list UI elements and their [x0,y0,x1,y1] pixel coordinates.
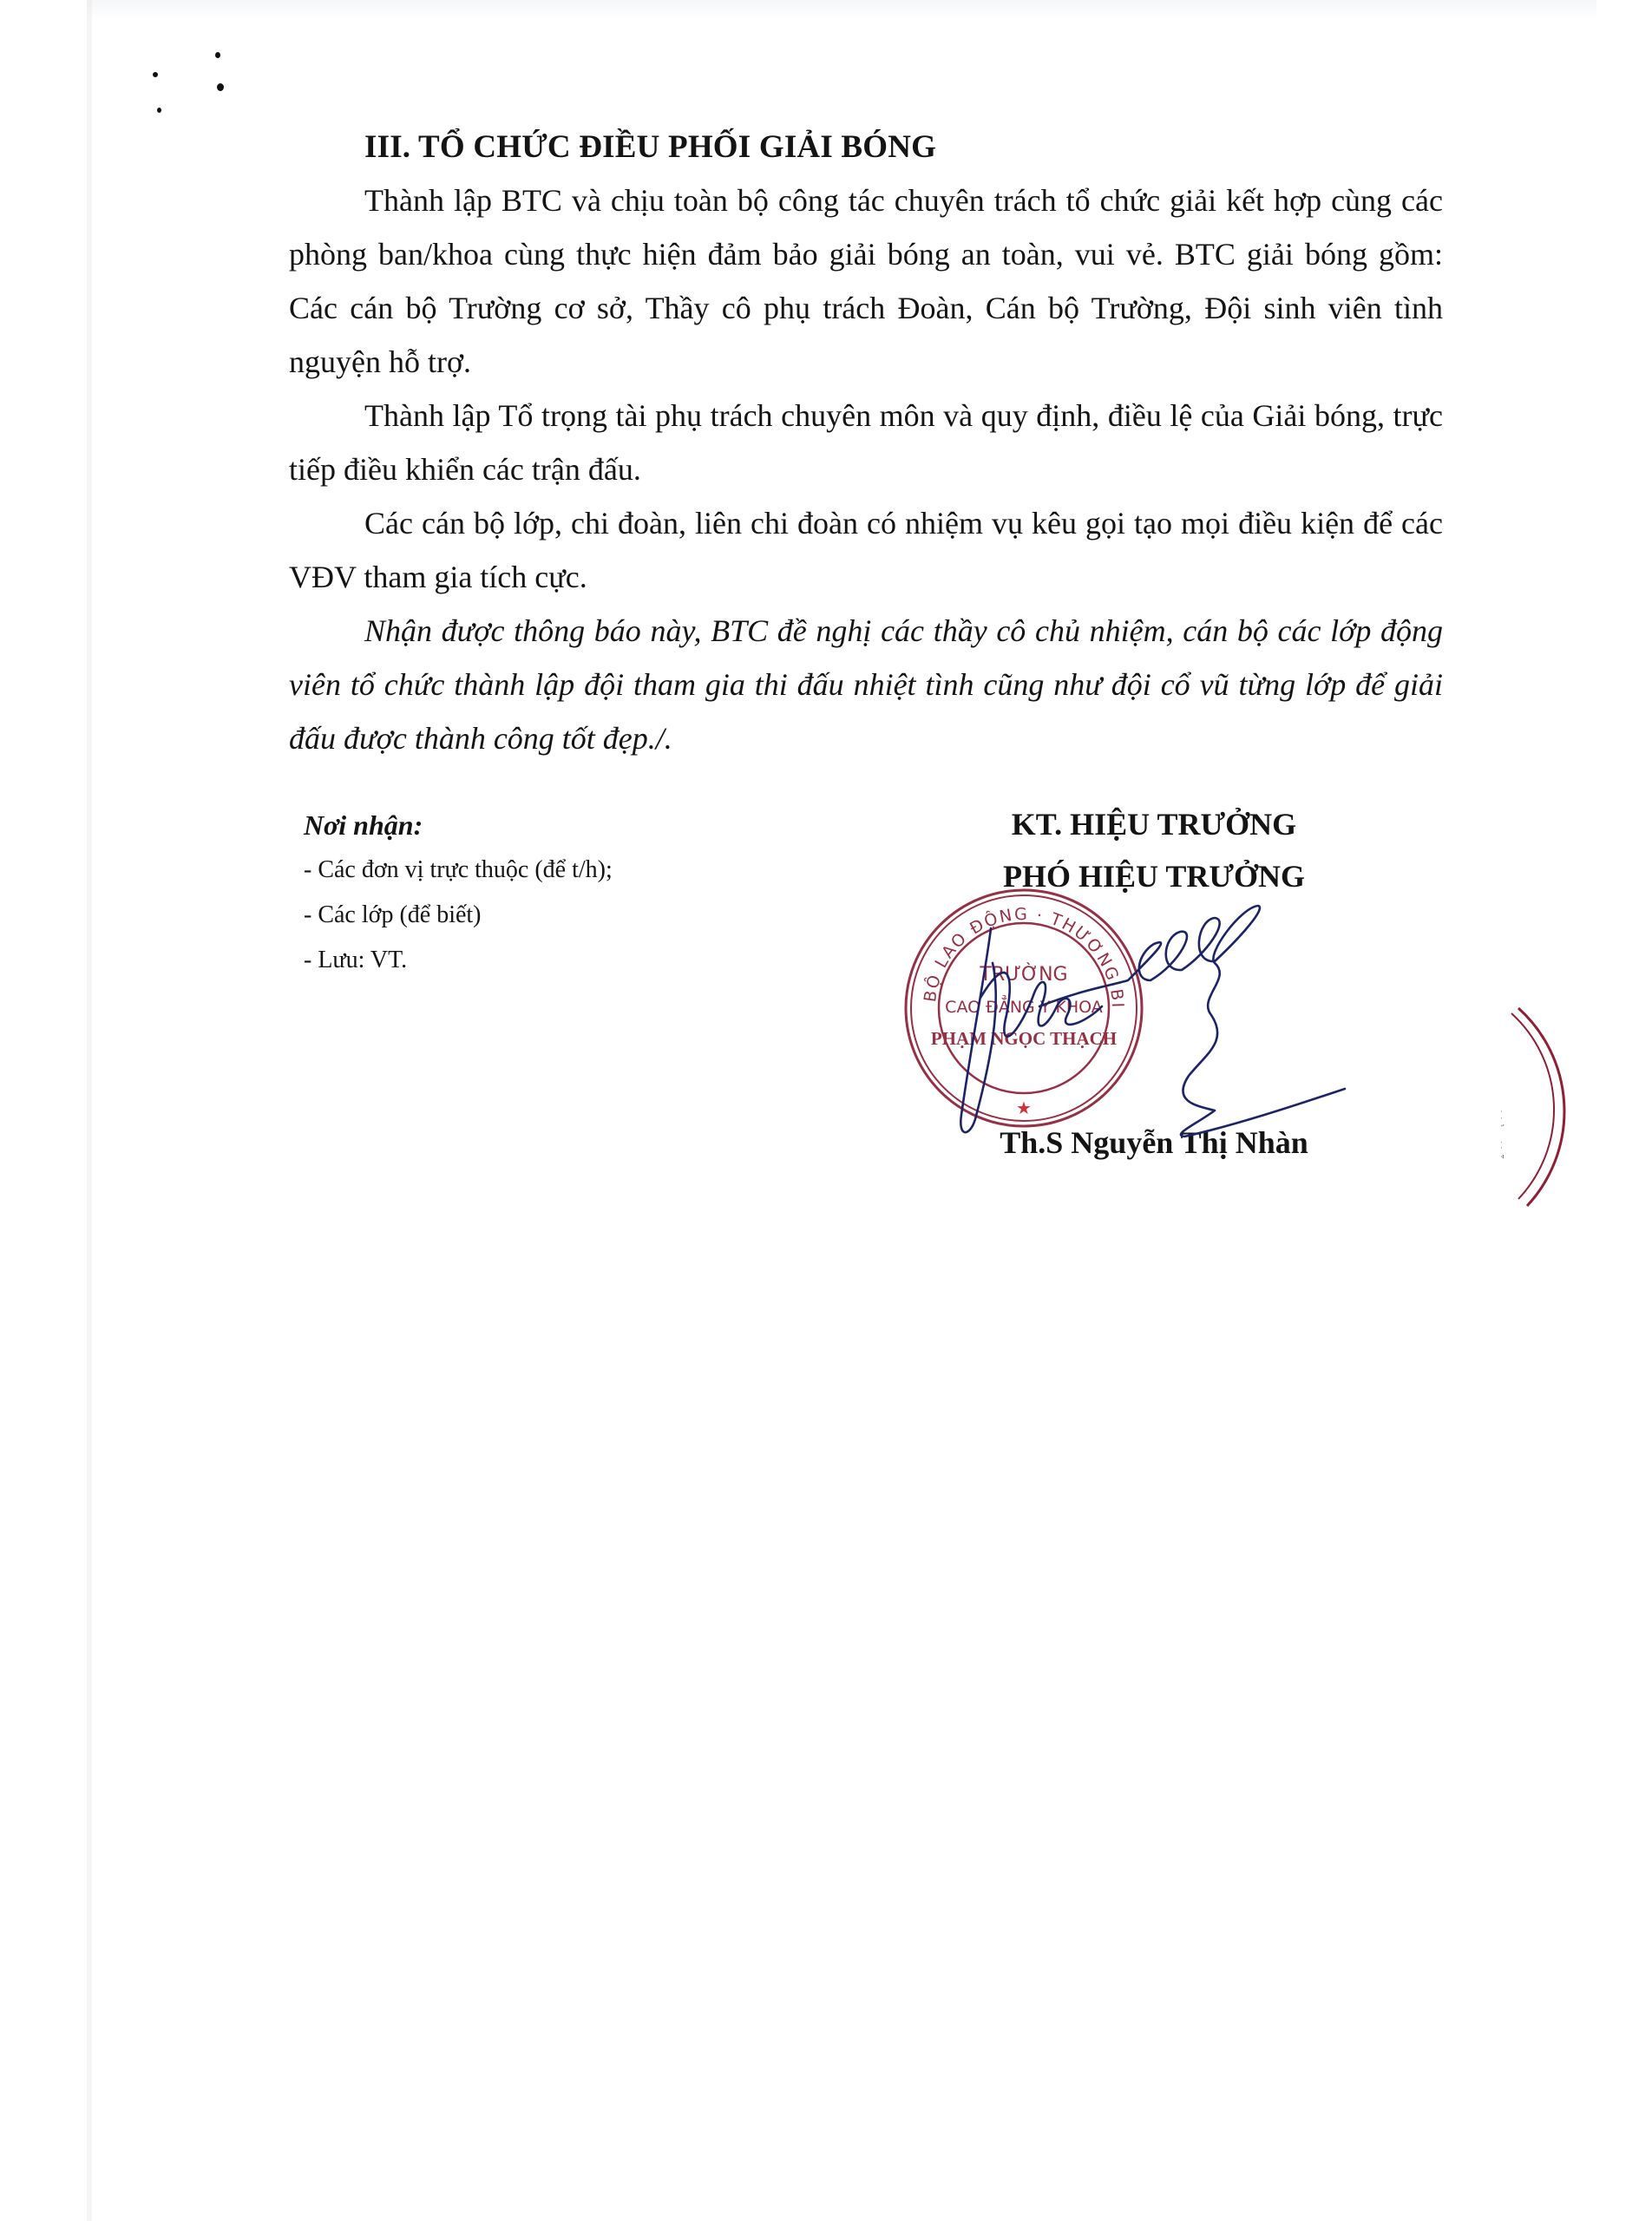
partial-stamp-icon: VÀ XÃ [1501,1006,1605,1215]
recipient-item: - Lưu: VT. [304,938,790,983]
paragraph-closing: Nhận được thông báo này, BTC đề nghị các… [289,604,1443,765]
recipient-item: - Các đơn vị trực thuộc (để t/h); [304,848,790,893]
scan-edge-top [87,0,1596,19]
scan-edge-left [87,0,92,2221]
recipients-block: Nơi nhận: - Các đơn vị trực thuộc (để t/… [304,803,790,983]
section-heading: III. TỔ CHỨC ĐIỀU PHỐI GIẢI BÓNG [364,121,1443,174]
recipient-item: - Các lớp (để biết) [304,893,790,938]
signer-role-line-1: KT. HIỆU TRƯỞNG [937,798,1371,850]
paragraph-organizing-committee: Thành lập BTC và chịu toàn bộ công tác c… [289,174,1443,389]
paragraph-class-officers: Các cán bộ lớp, chi đoàn, liên chi đoàn … [289,496,1443,604]
paragraph-referee-team: Thành lập Tổ trọng tài phụ trách chuyên … [289,389,1443,496]
partial-stamp-text: VÀ XÃ [1501,1110,1504,1164]
recipients-label: Nơi nhận: [304,803,790,848]
handwritten-signature-icon [954,902,1354,1154]
document-body: III. TỔ CHỨC ĐIỀU PHỐI GIẢI BÓNG Thành l… [289,121,1443,765]
